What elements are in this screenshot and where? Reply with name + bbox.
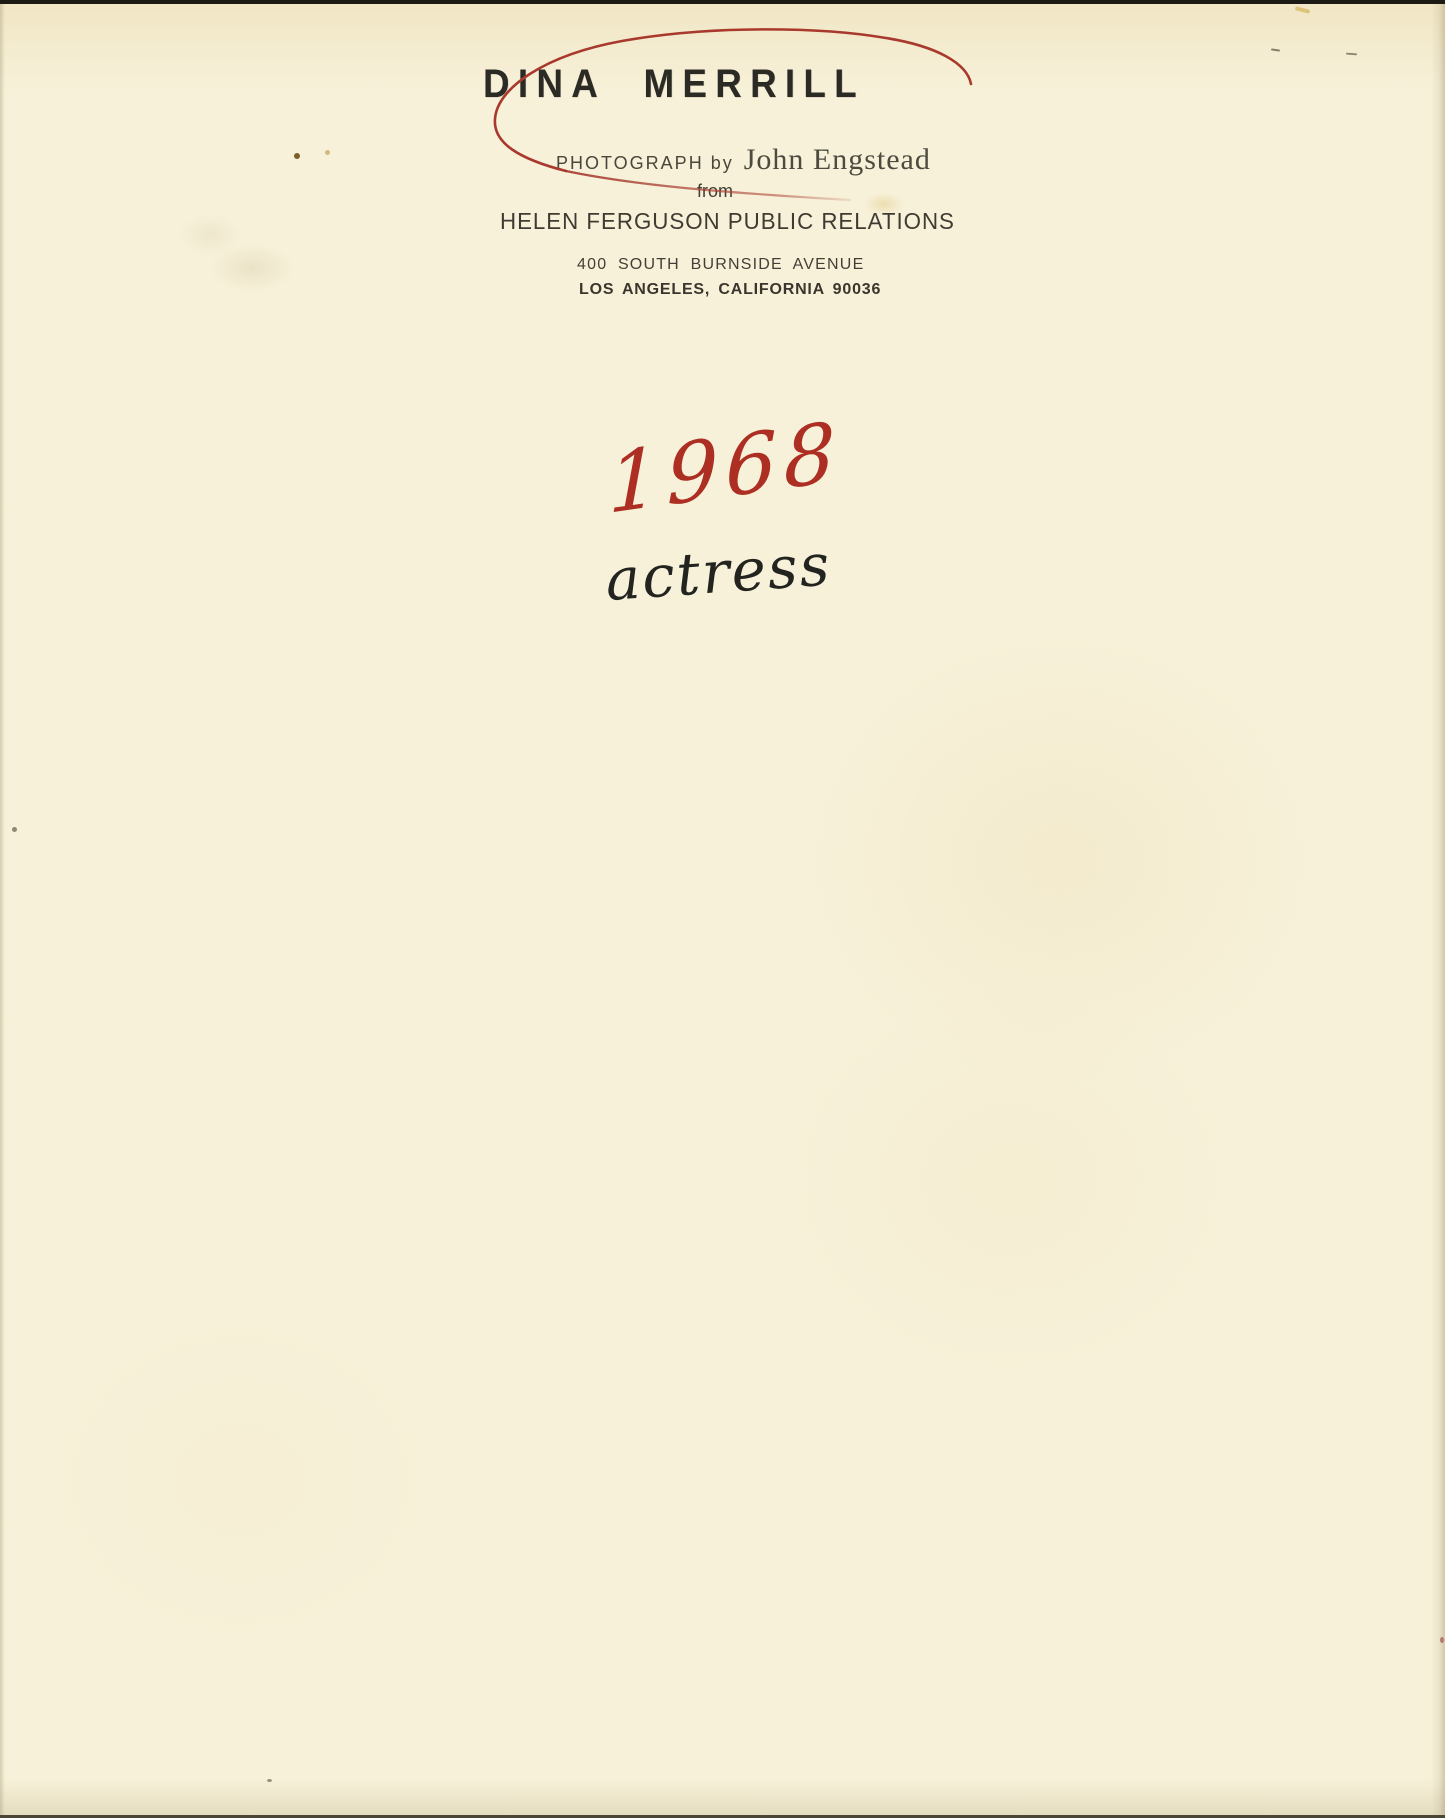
- agency-address-street: 400 SOUTH BURNSIDE AVENUE: [577, 256, 864, 274]
- name-stamp: DINA MERRILL: [483, 62, 865, 107]
- agency-name: HELEN FERGUSON PUBLIC RELATIONS: [500, 208, 955, 235]
- photographer-name: John Engstead: [744, 143, 931, 176]
- credit-prefix: PHOTOGRAPH by: [556, 153, 734, 173]
- paper-speck: [267, 1779, 272, 1782]
- paper-speck: [294, 153, 300, 159]
- from-label: from: [697, 181, 733, 202]
- scan-edge-top: [0, 0, 1445, 4]
- agency-address-city: LOS ANGELES, CALIFORNIA 90036: [579, 281, 881, 299]
- photo-verso-scan: DINA MERRILL PHOTOGRAPH byJohn Engstead …: [0, 0, 1445, 1818]
- paper-speck: [1440, 1637, 1444, 1643]
- paper-speck: [12, 827, 17, 832]
- paper-speck: [325, 150, 330, 155]
- photographer-credit: PHOTOGRAPH byJohn Engstead: [556, 143, 931, 177]
